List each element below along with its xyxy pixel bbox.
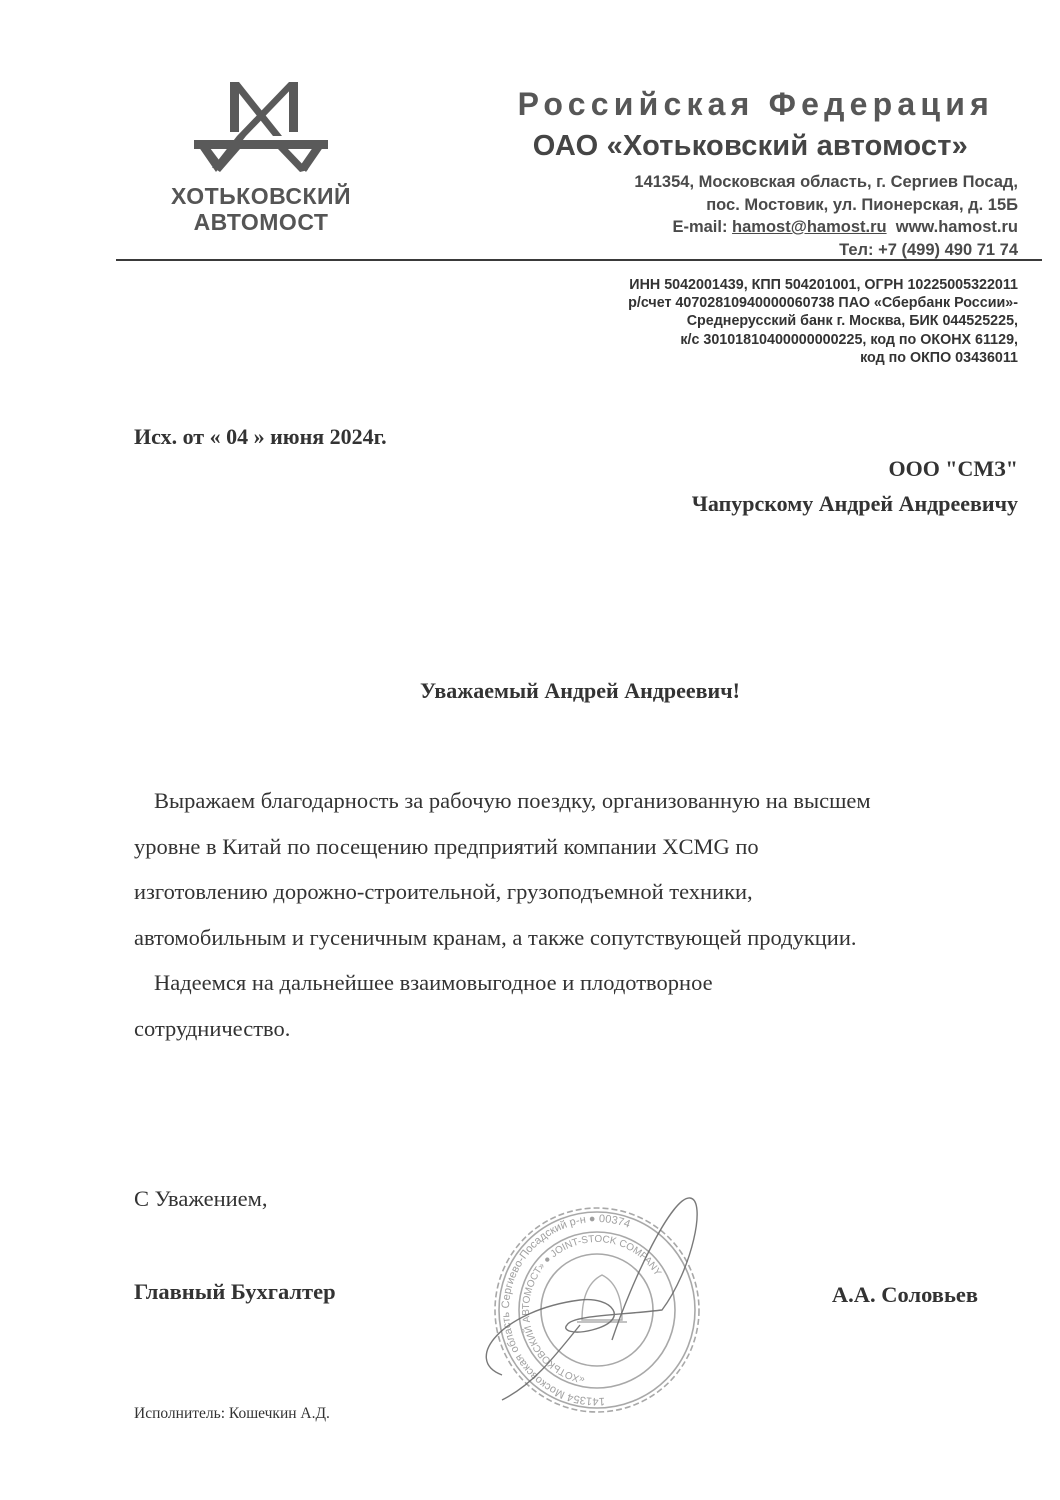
recipient-name: Чапурскому Андрей Андреевичу	[692, 491, 1018, 517]
bank-details-line: р/счет 40702810940000060738 ПАО «Сбербан…	[628, 294, 1018, 312]
executor-note: Исполнитель: Кошечкин А.Д.	[134, 1405, 330, 1423]
logo-text-line2: АВТОМОСТ	[150, 209, 372, 235]
bank-details-line: Среднерусский банк г. Москва, БИК 044525…	[628, 312, 1018, 330]
address-line-1: 141354, Московская область, г. Сергиев П…	[634, 171, 1018, 194]
company-contacts: 141354, Московская область, г. Сергиев П…	[634, 171, 1018, 261]
country-heading: Российская Федерация	[518, 86, 994, 123]
phone-line: Тел: +7 (499) 490 71 74	[634, 239, 1018, 262]
bank-details-line: ИНН 5042001439, КПП 504201001, ОГРН 1022…	[628, 276, 1018, 294]
bank-details: ИНН 5042001439, КПП 504201001, ОГРН 1022…	[628, 276, 1018, 367]
address-line-2: пос. Мостовик, ул. Пионерская, д. 15Б	[634, 194, 1018, 217]
logo-wordmark: ХОТЬКОВСКИЙ АВТОМОСТ	[150, 183, 372, 235]
body-line: Выражаем благодарность за рабочую поездк…	[134, 778, 1014, 824]
company-name: ОАО «Хотьковский автомост»	[533, 130, 968, 163]
signer-name: А.А. Соловьев	[832, 1282, 978, 1308]
bank-details-line: к/с 30101810400000000225, код по ОКОНХ 6…	[628, 331, 1018, 349]
body-line: Надеемся на дальнейшее взаимовыгодное и …	[134, 960, 1014, 1006]
body-line: автомобильным и гусеничным кранам, а так…	[134, 915, 1014, 961]
salutation: Уважаемый Андрей Андреевич!	[0, 678, 1060, 704]
header-divider	[116, 259, 1042, 261]
logo-text-line1: ХОТЬКОВСКИЙ	[150, 183, 372, 209]
website-link[interactable]: www.hamost.ru	[896, 218, 1018, 236]
recipient-organization: ООО "СМЗ"	[888, 456, 1018, 482]
bank-details-line: код по ОКПО 03436011	[628, 349, 1018, 367]
body-line: уровне в Китай по посещению предприятий …	[134, 824, 1014, 870]
email-link[interactable]: hamost@hamost.ru	[732, 218, 887, 236]
body-line: сотрудничество.	[134, 1006, 1014, 1052]
body-line: изготовлению дорожно-строительной, грузо…	[134, 869, 1014, 915]
company-seal-stamp-icon: 141354 Московская область Сергиево-Посад…	[462, 1190, 732, 1415]
closing-phrase: С Уважением,	[134, 1186, 268, 1212]
email-label: E-mail:	[672, 218, 727, 236]
outgoing-reference: Исх. от « 04 » июня 2024г.	[134, 424, 387, 450]
email-website-line: E-mail: hamost@hamost.ru www.hamost.ru	[634, 216, 1018, 239]
letter-body: Выражаем благодарность за рабочую поездк…	[134, 778, 1014, 1052]
khotkovsky-avtomost-logo-icon	[190, 78, 332, 176]
signer-title: Главный Бухгалтер	[134, 1279, 336, 1305]
